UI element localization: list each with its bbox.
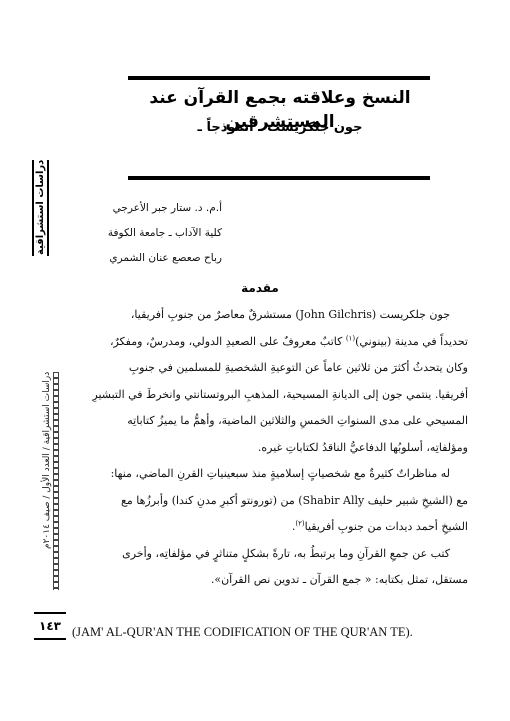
body-line: كتب عن جمعِ القرآنِ وما يرتبطُ به، تارةً… — [72, 541, 468, 568]
body-line: مع (الشيخِ شبير حليف Shabir Ally) من (تو… — [72, 488, 468, 515]
footnote-marker-1[interactable]: (١) — [346, 334, 355, 342]
footnote-marker-2[interactable]: (٢) — [295, 519, 304, 527]
body-line: مستقل، تمثل بكتابه: « جمع القرآن ـ تدوين… — [72, 567, 468, 594]
body-line: تحديداً في مدينة (بينوني)(١) كاتبٌ معروف… — [72, 329, 468, 356]
author-affiliation: كلية الآداب ـ جامعة الكوفة — [90, 221, 222, 246]
journal-seal-text: دراسات استشراقية — [32, 160, 49, 256]
title-bottom-rule — [128, 176, 430, 180]
body-line: ومؤلفاتِه، أسلوبُها الدفاعيُّ الناقدُ لك… — [72, 435, 468, 462]
body-line: وكان يتحدثُ أكثرَ من ثلاثين عاماً عن الت… — [72, 355, 468, 382]
body-line: له مناظراتٌ كثيرةٌ مع شخصياتٍ إسلاميةٍ م… — [72, 461, 468, 488]
body-line: أفريقيا. ينتمي جون إلى الديانةِ المسيحية… — [72, 382, 468, 409]
book-title-latin: (JAM' AL-QUR'AN THE CODIFICATION OF THE … — [72, 623, 413, 641]
body-line: الشيخِ أحمد ديدات من جنوبِ أفريقيا(٢). — [72, 514, 468, 541]
page-number-bottom-rule — [34, 638, 66, 640]
author-name-2: رباح صعصع عنان الشمري — [90, 246, 222, 271]
running-header-decoration — [53, 372, 59, 590]
author-name-1: أ.م. د. ستار جبر الأعرجي — [90, 196, 222, 221]
body-line: جون جلكريست (John Gilchris) مستشرقٌ معاص… — [72, 302, 468, 329]
title-top-rule — [128, 76, 430, 80]
article-subtitle: جون جلكريست ـ أنموذجاً ـ — [110, 118, 450, 138]
article-body: جون جلكريست (John Gilchris) مستشرقٌ معاص… — [72, 302, 468, 594]
page-number: ١٤٣ — [34, 617, 66, 635]
journal-seal-logo: دراسات استشراقية — [28, 160, 52, 256]
author-block: أ.م. د. ستار جبر الأعرجي كلية الآداب ـ ج… — [90, 196, 222, 271]
running-header-text: دراسات استشراقية / العدد الأول / صيف ٢٠١… — [41, 372, 53, 590]
body-line: المسيحي على مدى السنواتِ الخمسِ والثلاثي… — [72, 408, 468, 435]
section-heading-introduction: مقدمة — [200, 279, 320, 297]
page-number-top-rule — [34, 612, 66, 614]
